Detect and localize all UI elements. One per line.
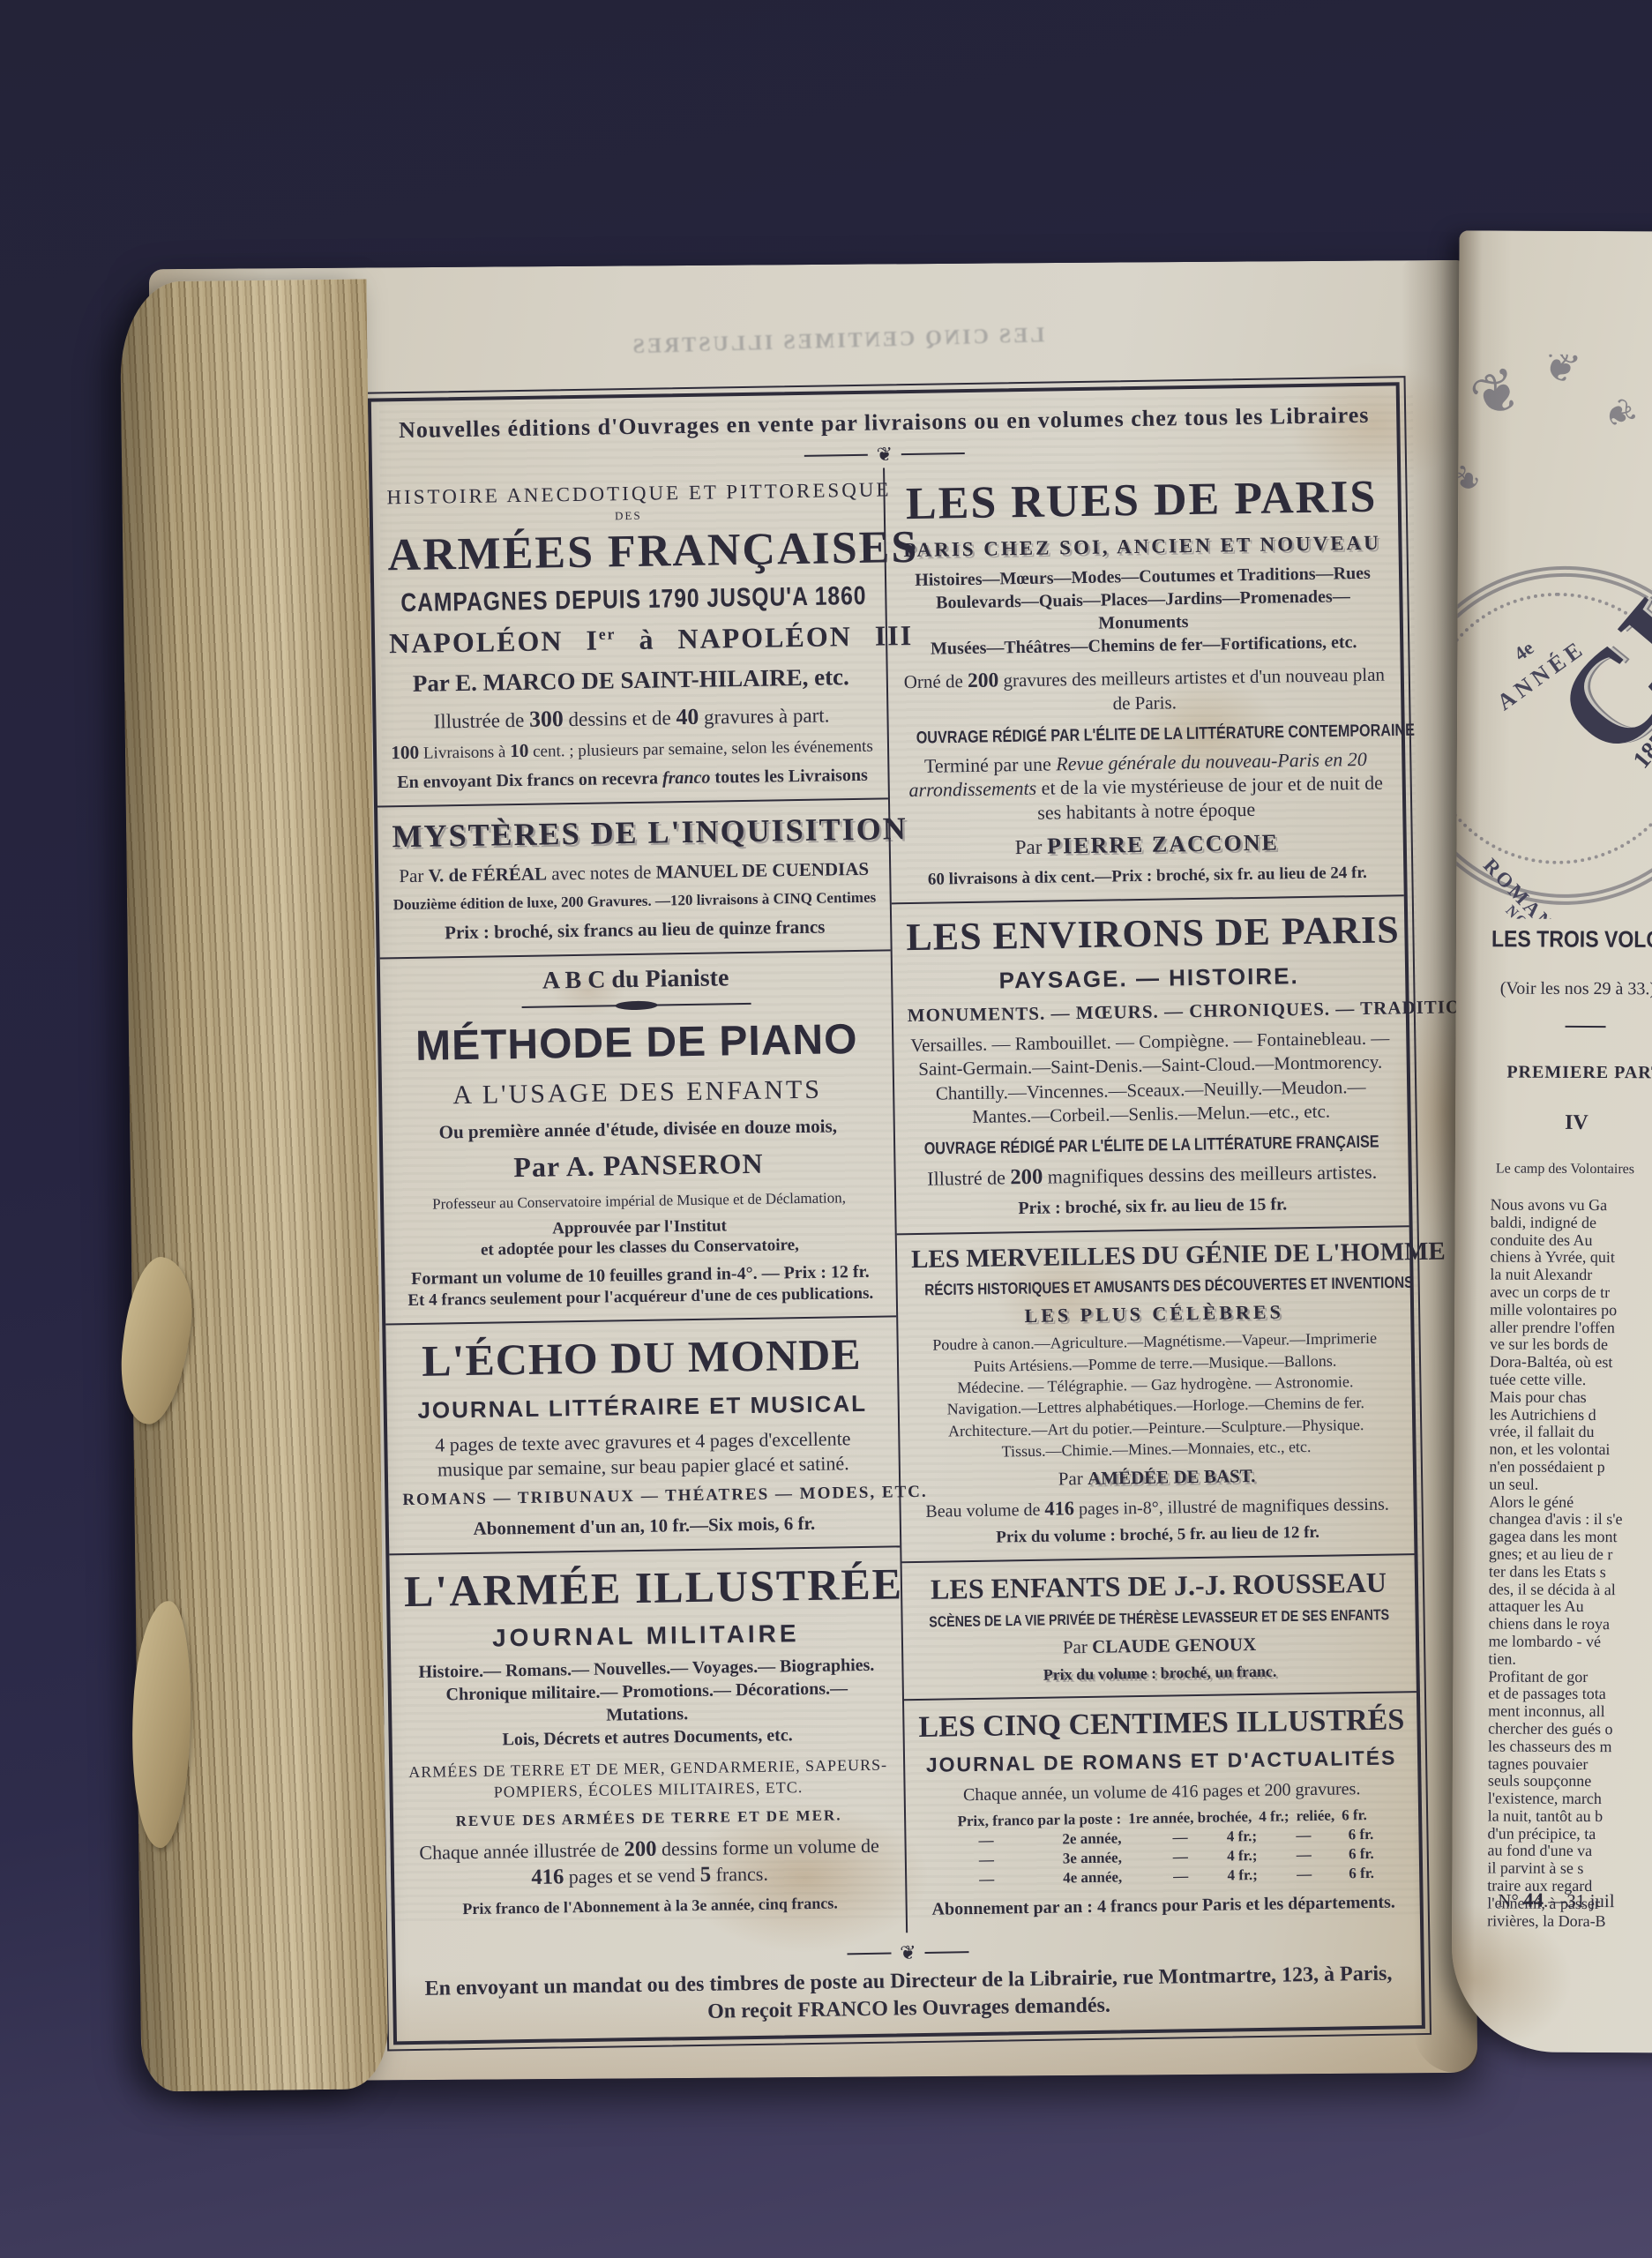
ad-byline: Par E. MARCO DE SAINT-HILAIRE, etc. [390,662,872,698]
price-cell: — [938,1831,1035,1851]
ad-illustration-line: Illustré de 200 magnifiques dessins des … [910,1160,1394,1193]
price-cell: 4 fr.; [1259,1808,1289,1827]
price-cell: 6 fr. [1342,1806,1367,1824]
story-separator [1566,1026,1606,1028]
story-reference: (Voir les nos 29 à 33.) [1491,979,1652,1000]
t: toutes les Livraisons [710,765,868,787]
ad-napoleon-line: NAPOLÉON Ier à NAPOLÉON III [389,619,872,660]
ad-topics-list: Poudre à canon.—Agriculture.—Magnétisme.… [913,1327,1399,1463]
ad-byline: Par CLAUDE GENOUX [917,1632,1402,1662]
t: Par [399,864,429,886]
price-cell: 1re année, brochée, [1128,1808,1252,1828]
ad-rubrics-list: Histoires—Mœurs—Modes—Coutumes et Tradit… [901,562,1387,662]
issue-prefix: N° [1498,1890,1523,1911]
ad-price-line: Prix du volume : broché, un franc. [917,1661,1402,1687]
ad-subscription-line: Abonnement d'un an, 10 fr.—Six mois, 6 f… [403,1512,886,1542]
ad-elite-line: OUVRAGE RÉDIGÉ PAR L'ÉLITE DE LA LITTÉRA… [909,1133,1394,1159]
ad-illustration-line: Illustrée de 300 dessins et de 40 gravur… [390,700,872,735]
price-cell: 2e année, [1035,1829,1149,1849]
napoleon-sup: er [599,624,617,642]
frame-footer: ❦ En envoyant un mandat ou des timbres d… [395,1933,1421,2029]
ad-places-list: Versailles. — Rambouillet. — Compiègne. … [908,1027,1394,1131]
n: 10 [510,739,529,760]
ad-byline: Par PIERRE ZACCONE [905,828,1389,863]
t-italic: franco [662,767,711,788]
ad-byline: Par A. PANSERON [397,1145,880,1185]
t: Par [1058,1468,1088,1490]
n: 200 [1010,1165,1043,1190]
ad-title: LES MERVEILLES DU GÉNIE DE L'HOMME [911,1238,1395,1275]
t-bold: AMÉDÉE DE BAST. [1088,1465,1256,1489]
ad-edition-line: Douzième édition de luxe, 200 Gravures. … [393,888,876,914]
ad-title: L'ÉCHO DU MONDE [400,1328,883,1387]
ad-rubrics-list: Histoire.— Romans.— Nouvelles.— Voyages.… [405,1654,889,1753]
ad-armees-francaises: HISTOIRE ANECDOTIQUE ET PITTORESQUE DES … [385,468,876,805]
story-title: LES TROIS VOLONTAIRE [1491,928,1652,954]
price-cell: reliée, [1296,1807,1334,1826]
ad-methode-de-piano: A B C du Pianiste MÉTHODE DE PIANO A L'U… [392,951,884,1323]
right-page: ❦ ❦ ❦ ❦ CINQ 1859 4e ANNÉE ROMANS NOUVEL… [1451,230,1652,2052]
ad-livraisons-line: 100 Livraisons à 10 cent. ; plusieurs pa… [391,734,873,764]
ad-title: MYSTÈRES DE L'INQUISITION [392,810,875,855]
t: Chaque année illustrée de [419,1838,624,1864]
price-cell: — [1149,1828,1211,1847]
t: Orné de [904,670,968,692]
t: En envoyant Dix francs on recevra [397,768,662,792]
t: avec notes de [547,861,656,884]
t: Par [1063,1636,1093,1658]
ad-title: MÉTHODE DE PIANO [395,1014,878,1071]
t: dessins et de [564,707,676,730]
ad-price-line: Prix : broché, six fr. au lieu de 15 fr. [910,1193,1394,1222]
t: OUVRAGE RÉDIGÉ PAR L'ÉLITE DE LA LITTÉRA… [924,1133,1379,1160]
t: cent. ; plusieurs par semaine, selon les… [528,736,873,760]
ad-echo-du-monde: L'ÉCHO DU MONDE JOURNAL LITTÉRAIRE ET MU… [398,1318,887,1554]
ad-title: L'ARMÉE ILLUSTRÉE [404,1559,887,1618]
ad-kicker: HISTOIRE ANECDOTIQUE ET PITTORESQUE [386,479,869,510]
napoleon-b: à NAPOLÉON III [616,619,913,655]
t: Illustré de [927,1167,1010,1190]
price-cell: 3e année, [1035,1849,1149,1868]
ad-mysteres-inquisition: MYSTÈRES DE L'INQUISITION Par V. de FÉRÉ… [390,799,878,957]
flourish-icon: ❦ [1456,458,1491,502]
ad-revue-line: REVUE DES ARMÉES DE TERRE ET DE MER. [407,1806,890,1831]
story-chapter-number: IV [1491,1111,1652,1136]
ad-byline: Par AMÉDÉE DE BAST. [915,1463,1399,1493]
t-bold: MANUEL DE CUENDIAS [655,857,869,882]
n: 416 [1044,1497,1074,1520]
n: 416 [531,1865,564,1890]
t-bold: PIERRE ZACCONE [1047,830,1279,859]
t: dessins forme un volume de [656,1834,879,1859]
ad-armee-illustree: L'ARMÉE ILLUSTRÉE JOURNAL MILITAIRE Hist… [401,1548,893,1933]
t: pages in-8°, illustré de magnifiques des… [1074,1495,1389,1520]
diamond-rule-ornament [521,1003,751,1008]
ad-title: LES ENVIRONS DE PARIS [906,908,1391,961]
ad-rues-de-paris: LES RUES DE PARIS PARIS CHEZ SOI, ANCIEN… [897,460,1392,903]
n: 5 [700,1863,712,1887]
n: 100 [391,741,419,762]
fleuron-glyph: ❦ [900,1941,916,1964]
ad-illustration-line: Orné de 200 gravures des meilleurs artis… [902,662,1387,719]
issue-number-line: N° 44.—31 juil [1498,1889,1614,1913]
ad-subtitle: JOURNAL LITTÉRAIRE ET MUSICAL [401,1390,884,1425]
ad-title: ARMÉES FRANÇAISES [387,525,871,580]
ad-subscription-line: Abonnement par an : 4 francs pour Paris … [922,1892,1406,1920]
fleuron-glyph: ❦ [876,443,893,466]
ad-approval-lines: Approuvée par l'Institut et adoptée pour… [398,1213,881,1262]
story-part-heading: PREMIERE PARTIE [1491,1063,1652,1084]
ad-subtitle: SCÈNES DE LA VIE PRIVÉE DE THÉRÈSE LEVAS… [916,1608,1401,1631]
price-cell: — [1149,1848,1211,1866]
ad-kicker: A B C du Pianiste [394,961,877,998]
ad-merveilles-du-genie: LES MERVEILLES DU GÉNIE DE L'HOMME RÉCIT… [909,1228,1402,1561]
ad-price-line: 60 livraisons à dix cent.—Prix : broché,… [905,864,1389,891]
flourish-icon: ❦ [1536,354,1586,395]
book-photograph: LES CINQ CENTIMES ILLUSTRES Nouvelles éd… [0,0,1652,2258]
t: gravures à part. [699,704,830,728]
price-cell: 4 fr.; [1212,1866,1274,1885]
t: Illustrée de [433,708,529,732]
price-cell: — [1150,1867,1212,1886]
ad-volume-line: Chaque année illustrée de 200 dessins fo… [407,1832,891,1894]
ad-armies-line: ARMÉES DE TERRE ET DE MER, GENDARMERIE, … [407,1754,890,1805]
price-cell: — [1273,1846,1334,1865]
price-cell: — [938,1851,1035,1870]
t: francs. [711,1863,768,1886]
ad-revue-generale-line: Terminé par une Revue générale du nouvea… [903,746,1388,826]
t: SCÈNES DE LA VIE PRIVÉE DE THÉRÈSE LEVAS… [929,1607,1389,1632]
t: RÉCITS HISTORIQUES ET AMUSANTS DES DÉCOU… [924,1275,1413,1300]
price-table: Prix, franco par la poste : 1re année, b… [920,1806,1405,1889]
ad-subtitle: PAYSAGE. — HISTOIRE. [907,961,1391,997]
ad-rubrics-line: ROMANS — TRIBUNAUX — THÉATRES — MODES, E… [402,1484,885,1511]
price-cell: 6 fr. [1335,1865,1388,1883]
price-cell: — [1273,1827,1334,1845]
ad-byline: Par V. de FÉRÉAL avec notes de MANUEL DE… [392,857,875,887]
n: 200 [968,669,999,692]
ad-title: LES CINQ CENTIMES ILLUSTRÉS [918,1704,1403,1746]
ad-price-line: Prix du volume : broché, 5 fr. au lieu d… [916,1522,1400,1550]
price-cell: 6 fr. [1334,1826,1387,1844]
t: magnifiques dessins des meilleurs artist… [1043,1161,1377,1188]
price-cell: 4 fr.; [1211,1828,1273,1846]
ad-price-line: Prix franco de l'Abonnement à la 3e anné… [409,1894,892,1920]
ad-subtitle: PARIS CHEZ SOI, ANCIEN ET NOUVEAU [900,532,1384,563]
ad-subtitle: CAMPAGNES DEPUIS 1790 JUSQU'A 1860 [388,581,871,617]
price-cell: — [1274,1865,1335,1884]
issue-number: 44 [1523,1889,1544,1911]
ad-subtitle: RÉCITS HISTORIQUES ET AMUSANTS DES DÉCOU… [912,1276,1396,1300]
n: 40 [676,703,699,729]
t: OUVRAGE RÉDIGÉ PAR L'ÉLITE DE LA LITTÉRA… [916,720,1416,748]
t: Livraisons à [419,743,510,763]
price-cell: 4 fr.; [1211,1847,1273,1865]
left-column: HISTOIRE ANECDOTIQUE ET PITTORESQUE DES … [372,467,908,1940]
ad-subtitle: A L'USAGE DES ENFANTS [396,1073,878,1111]
ad-volume-line: Chaque année, un volume de 416 pages et … [920,1778,1404,1806]
serial-story-column: LES TROIS VOLONTAIRE (Voir les nos 29 à … [1487,928,1652,1931]
ad-description: 4 pages de texte avec gravures et 4 page… [401,1426,885,1483]
masthead-engraving: ❦ ❦ ❦ ❦ CINQ 1859 4e ANNÉE ROMANS NOUVEL… [1456,354,1652,919]
price-intro: Prix, franco par la poste : [957,1811,1121,1831]
flourish-icon: ❦ [1461,354,1533,435]
n: 200 [624,1836,656,1861]
t: Par [1015,836,1048,859]
ad-title: LES RUES DE PARIS [899,471,1384,531]
ad-subtitle: JOURNAL DE ROMANS ET D'ACTUALITÉS [919,1746,1403,1778]
t-bold: CLAUDE GENOUX [1092,1634,1256,1657]
story-body-text: Nous avons vu Ga baldi, indigné de condu… [1487,1197,1652,1931]
ad-author-title: Professeur au Conservatoire impérial de … [398,1188,880,1214]
advertisement-frame-inner: Nouvelles éditions d'Ouvrages en vente p… [368,382,1425,2045]
issue-date: .—31 juil [1544,1890,1615,1911]
t: gravures des meilleurs artistes et d'un … [998,664,1385,714]
flourish-icon: ❦ [1595,391,1645,437]
ad-subtitle2: MONUMENTS. — MŒURS. — CHRONIQUES. — TRAD… [908,998,1392,1028]
ad-subtitle-text: CAMPAGNES DEPUIS 1790 JUSQU'A 1860 [400,579,867,618]
napoleon-a: NAPOLÉON I [389,624,599,659]
n: 300 [529,706,564,732]
ad-offer-line: En envoyant Dix francs on recevra franco… [391,765,873,793]
price-cell: 6 fr. [1334,1845,1387,1864]
t: Beau volume de [925,1500,1044,1522]
advertisement-frame: Nouvelles éditions d'Ouvrages en vente p… [362,376,1431,2051]
ad-celebres-line: LES PLUS CÉLÈBRES [912,1299,1396,1330]
ghost-showthrough-text: LES CINQ CENTIMES ILLUSTRES [528,321,1146,363]
ad-elite-line: OUVRAGE RÉDIGÉ PAR L'ÉLITE DE LA LITTÉRA… [903,722,1387,747]
price-cell: 4e année, [1035,1868,1150,1888]
t-bold: V. de FÉRÉAL [428,863,547,886]
ad-enfants-rousseau: LES ENFANTS DE J.-J. ROUSSEAU SCÈNES DE … [915,1555,1404,1699]
ad-columns: HISTOIRE ANECDOTIQUE ET PITTORESQUE DES … [372,460,1420,1940]
ad-description: Ou première année d'étude, divisée en do… [397,1114,879,1144]
price-cell: — [938,1870,1035,1889]
ad-price-line: Prix : broché, six francs au lieu de qui… [393,915,876,945]
ad-volume-line: Beau volume de 416 pages in-8°, illustré… [915,1492,1399,1523]
ad-cinq-centimes-illustres: LES CINQ CENTIMES ILLUSTRÉS JOURNAL DE R… [916,1693,1408,1933]
t: et de la vie mystérieuse de jour et de n… [1036,772,1383,824]
right-column: LES RUES DE PARIS PARIS CHEZ SOI, ANCIEN… [885,460,1420,1933]
ad-environs-de-paris: LES ENVIRONS DE PARIS PAYSAGE. — HISTOIR… [904,897,1397,1234]
t: pages et se vend [564,1864,700,1888]
t: Terminé par une [924,752,1057,776]
ad-subtitle: JOURNAL MILITAIRE [405,1619,887,1655]
ad-title: LES ENFANTS DE J.-J. ROUSSEAU [916,1566,1402,1607]
story-chapter-caption: Le camp des Volontaires [1491,1162,1652,1178]
